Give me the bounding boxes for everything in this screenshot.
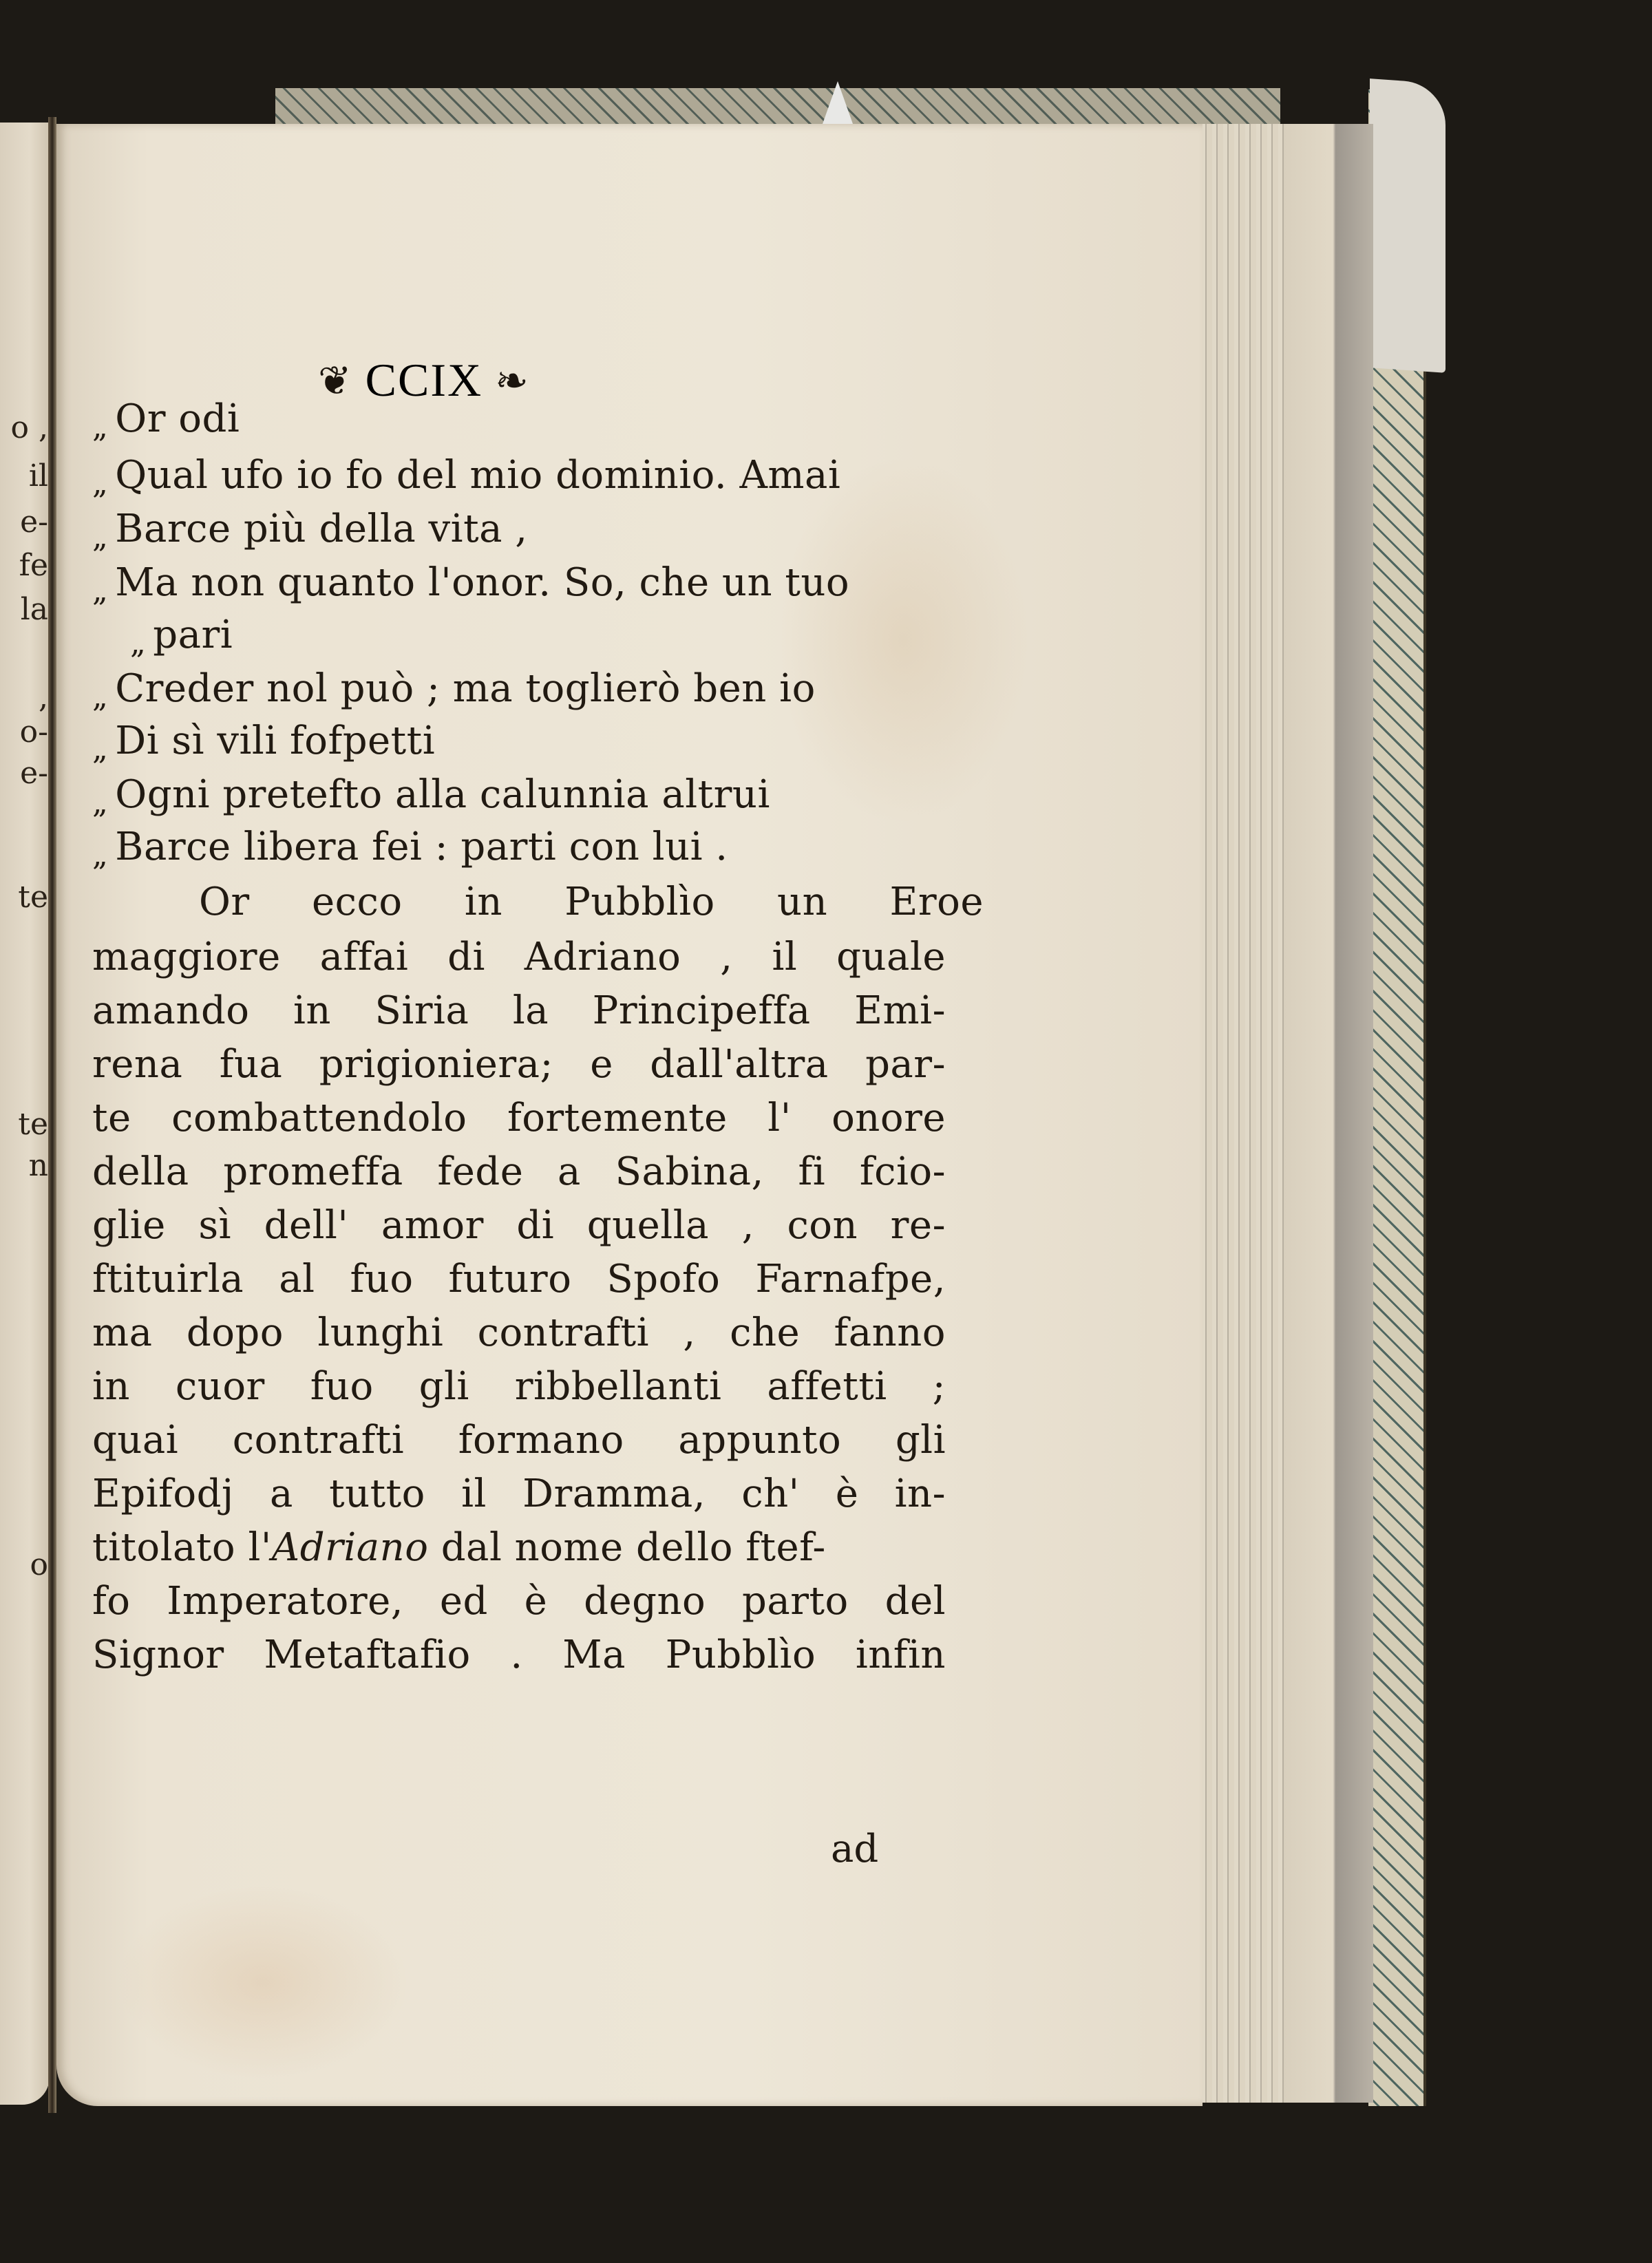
verse-line: „Qual ufo io fo del mio dominio. Amai (92, 453, 840, 501)
recto-page: ❦ CCIX ❧ „Or odi „Qual ufo io fo del mio… (56, 124, 1203, 2106)
prose-line-italic: titolato l'Adriano dal nome dello ftef- (92, 1525, 826, 1570)
prose-line: maggiore affai di Adriano , il quale (92, 935, 946, 979)
book-gutter (48, 117, 56, 2113)
facing-fragment: fe (0, 548, 48, 583)
prose-line: te combattendolo fortemente l' onore (92, 1096, 946, 1140)
facing-fragment: o (0, 1547, 48, 1582)
verse-line: „Ogni pretefto alla calunnia altrui (92, 772, 770, 820)
cover-top-edge (275, 88, 1280, 124)
facing-fragment: o- (0, 714, 48, 750)
verse-line: „Barce libera fei : parti con lui . (92, 825, 728, 873)
verse-line: „Or odi (92, 396, 240, 445)
prose-line: ma dopo lunghi contrafti , che fanno (92, 1310, 946, 1355)
book-scan: o , il e- fe la , o- e- te te n o ❦ CCIX… (0, 0, 1652, 2263)
prose-line: della promeffa fede a Sabina, fi fcio- (92, 1149, 946, 1194)
verse-line: „Di sì vili fofpetti (92, 719, 435, 767)
torn-endpaper (1370, 78, 1445, 373)
facing-fragment: il (0, 458, 48, 493)
prose-line: rena fua prigioniera; e dall'altra par- (92, 1042, 946, 1087)
prose-line: in cuor fuo gli ribbellanti affetti ; (92, 1364, 946, 1409)
facing-fragment: , (0, 680, 48, 715)
catchword: ad (831, 1827, 878, 1871)
bookmark-ribbon (823, 81, 853, 124)
prose-line: Signor Metaftafio . Ma Pubblìo infin (92, 1633, 946, 1677)
facing-page: o , il e- fe la , o- e- te te n o (0, 123, 50, 2105)
facing-fragment: te (0, 880, 48, 915)
page-stack-edges (1201, 124, 1373, 2103)
facing-fragment: e- (0, 504, 48, 540)
facing-fragment: te (0, 1107, 48, 1142)
prose-line: amando in Siria la Principeffa Emi- (92, 988, 946, 1033)
verse-line: „Ma non quanto l'onor. So, che un tuo (92, 560, 849, 608)
prose-line: Epifodj a tutto il Dramma, ch' è in- (92, 1472, 946, 1516)
verse-line: „pari (130, 613, 233, 661)
title-italic: Adriano (272, 1525, 429, 1570)
running-head: ❦ CCIX ❧ (318, 353, 530, 407)
prose-line: Or ecco in Pubblìo un Eroe (199, 880, 984, 924)
facing-fragment: e- (0, 756, 48, 791)
verse-line: „Barce più della vita , (92, 507, 528, 555)
facing-fragment: la (0, 592, 48, 627)
prose-line: glie sì dell' amor di quella , con re- (92, 1203, 946, 1248)
cover-right-edge (1368, 89, 1426, 2106)
page-number: CCIX (366, 353, 483, 407)
verse-line: „Creder nol può ; ma toglierò ben io (92, 666, 816, 714)
fleuron-left-icon: ❦ (318, 357, 353, 404)
prose-line: ftituirla al fuo futuro Spofo Farnafpe, (92, 1257, 946, 1302)
facing-fragment: n (0, 1148, 48, 1183)
prose-line: fo Imperatore, ed è degno parto del (92, 1579, 946, 1624)
prose-line: quai contrafti formano appunto gli (92, 1418, 946, 1463)
facing-fragment: o , (0, 410, 48, 445)
fleuron-right-icon: ❧ (495, 357, 530, 404)
